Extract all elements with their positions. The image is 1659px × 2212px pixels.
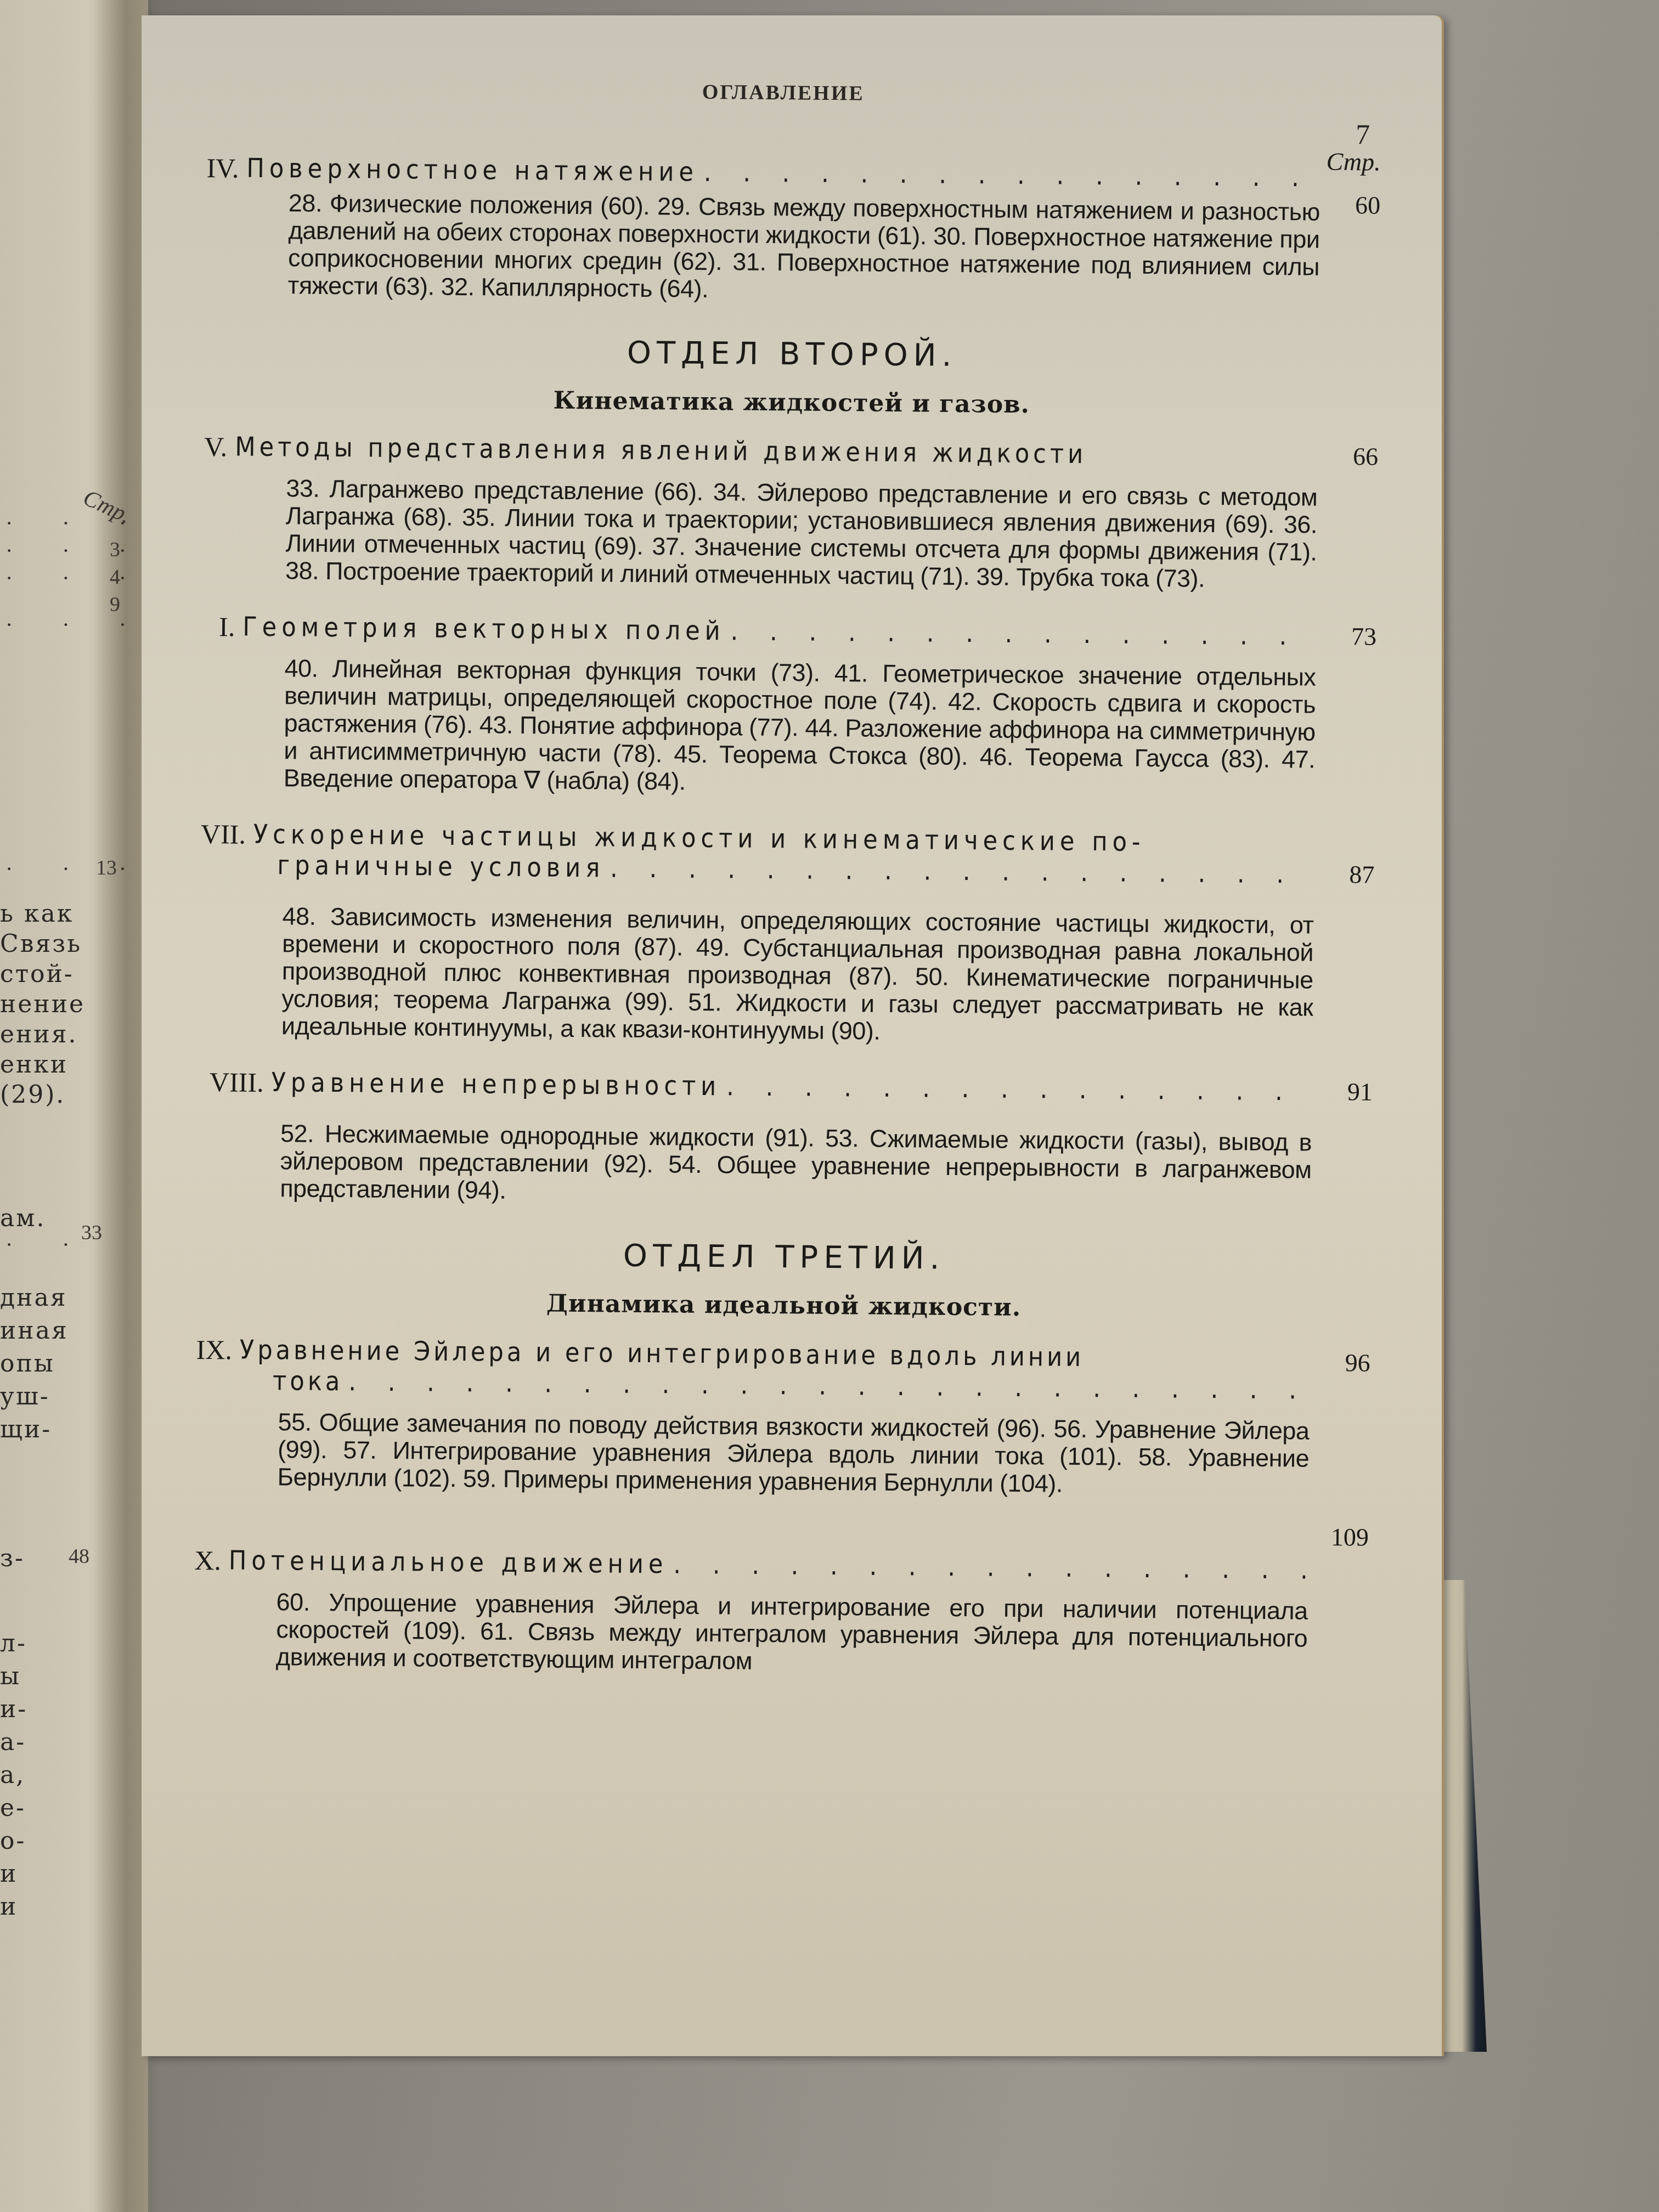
- chapter-entry: V. Методы представления явлений движения…: [203, 431, 1378, 594]
- chapter-page: 73: [1327, 621, 1376, 652]
- chapter-entry: X. Потенциальное движение . . . . . . . …: [194, 1512, 1369, 1680]
- left-page-text-line: нение: [0, 990, 85, 1018]
- left-page-text-line: дная: [0, 1284, 67, 1312]
- part-heading: ОТДЕЛ ТРЕТИЙ. Динамика идеальной жидкост…: [196, 1234, 1371, 1325]
- chapter-page: 96: [1321, 1347, 1370, 1379]
- dot-leader: . . . . . . . . . . . . . . . . . . . . …: [673, 1549, 1308, 1585]
- left-page-text-line: ь как: [0, 900, 74, 928]
- chapter-entry: I. Геометрия векторных полей . . . . . .…: [201, 611, 1377, 802]
- chapter-number: X.: [194, 1545, 221, 1576]
- chapter-title: Уравнение непрерывности: [271, 1067, 721, 1102]
- chapter-title: Геометрия векторных полей: [242, 612, 725, 647]
- part-subtitle: Кинематика жидкостей и газов.: [205, 383, 1379, 422]
- left-page-text-line: а,: [0, 1761, 25, 1789]
- dot-leader: . . . . . . . . . . . . . . . . . . . . …: [610, 853, 1314, 889]
- left-page-number: 48: [69, 1544, 89, 1568]
- left-page-text-line: и: [0, 1893, 18, 1921]
- left-page-text-line: ы: [0, 1662, 21, 1690]
- chapter-heading: V. Методы представления явлений движения…: [204, 431, 1378, 472]
- chapter-number: VIII.: [210, 1066, 264, 1098]
- left-page-text-line: (29).: [0, 1081, 65, 1109]
- page-column-label: Стр.: [1326, 147, 1381, 177]
- left-page-text-line: а-: [0, 1728, 26, 1756]
- chapter-number: V.: [204, 431, 228, 462]
- chapter-heading: IX. Уравнение Эйлера и его интегрировани…: [196, 1334, 1370, 1406]
- dot-leader: . . . . . . . . . . . . . . . . . . . . …: [731, 616, 1317, 651]
- chapter-entry: VII. Ускорение частицы жидкости и кинема…: [199, 819, 1375, 1049]
- chapter-title: Методы представления явлений движения жи…: [235, 431, 1087, 470]
- left-page-text-line: опы: [0, 1350, 55, 1378]
- chapter-page: 60: [1331, 190, 1380, 221]
- part-title: ОТДЕЛ ВТОРОЙ.: [205, 331, 1379, 377]
- chapter-page: 87: [1325, 859, 1374, 890]
- chapter-number: IV.: [206, 153, 239, 184]
- chapter-number: IX.: [196, 1334, 232, 1365]
- left-page-text-line: и-: [0, 1695, 27, 1723]
- part-heading: ОТДЕЛ ВТОРОЙ. Кинематика жидкостей и газ…: [205, 331, 1379, 422]
- book-cover-edge: [1437, 1580, 1487, 2052]
- left-page-leader: · ·: [5, 1232, 92, 1257]
- left-page-text-line: з-: [0, 1544, 25, 1572]
- dot-leader: . . . . . . . . . . . . . . . . . . . . …: [726, 1071, 1312, 1107]
- left-page-text-line: уш-: [0, 1383, 50, 1410]
- chapter-sections: 33. Лагранжево представление (66). 34. Э…: [285, 475, 1318, 593]
- chapter-title-continued: тока: [273, 1365, 343, 1397]
- left-page-text-line: ения.: [0, 1020, 77, 1048]
- chapter-entry: IX. Уравнение Эйлера и его интегрировани…: [195, 1334, 1370, 1500]
- left-page-text-line: ам.: [0, 1204, 46, 1232]
- table-of-contents: ОГЛАВЛЕНИЕ 7 Стр. IV. Поверхностное натя…: [194, 76, 1381, 1680]
- running-head: ОГЛАВЛЕНИЕ: [185, 76, 1381, 119]
- chapter-title: Поверхностное натяжение: [246, 153, 698, 188]
- chapter-sections: 55. Общие замечания по поводу действия в…: [277, 1408, 1309, 1499]
- page-number: 7: [1356, 119, 1370, 151]
- right-page: ОГЛАВЛЕНИЕ 7 Стр. IV. Поверхностное натя…: [142, 15, 1442, 2056]
- chapter-sections: 48. Зависимость изменения величин, опред…: [281, 902, 1314, 1048]
- chapter-sections: 52. Несжимаемые однородные жидкости (91)…: [280, 1120, 1312, 1211]
- left-page-text-line: стой-: [0, 960, 74, 988]
- left-page-text-line: иная: [0, 1317, 69, 1345]
- left-page-text-line: о-: [0, 1827, 26, 1855]
- chapter-sections: 28. Физические положения (60). 29. Связь…: [287, 189, 1320, 308]
- dot-leader: . . . . . . . . . . . . . . . . . . . . …: [704, 157, 1321, 193]
- left-page-text-line: е-: [0, 1794, 26, 1822]
- chapter-number: I.: [219, 611, 235, 642]
- part-subtitle: Динамика идеальной жидкости.: [196, 1286, 1370, 1325]
- chapter-title-continued: граничные условия: [277, 850, 605, 883]
- part-title: ОТДЕЛ ТРЕТИЙ.: [197, 1234, 1371, 1280]
- chapter-sections: 40. Линейная векторная функция точки (73…: [284, 654, 1316, 800]
- chapter-entry: Стр. IV. Поверхностное натяжение . . . .…: [205, 142, 1380, 309]
- chapter-page: 109: [1319, 1522, 1369, 1553]
- left-page-text-line: Связь: [0, 930, 82, 958]
- chapter-heading: X. Потенциальное движение . . . . . . . …: [194, 1512, 1369, 1586]
- left-page-text-line: л-: [0, 1629, 27, 1657]
- left-page-text-line: щи-: [0, 1415, 52, 1443]
- chapter-heading: VII. Ускорение частицы жидкости и кинема…: [200, 819, 1375, 890]
- chapter-page: 66: [1329, 441, 1378, 472]
- chapter-number: VII.: [201, 819, 246, 850]
- chapter-title: Потенциальное движение: [229, 1545, 668, 1579]
- chapter-heading: I. Геометрия векторных полей . . . . . .…: [202, 611, 1376, 652]
- chapter-entry: VIII. Уравнение непрерывности . . . . . …: [198, 1066, 1373, 1212]
- chapter-heading: IV. Поверхностное натяжение . . . . . . …: [206, 142, 1381, 194]
- chapter-page: 91: [1323, 1076, 1373, 1108]
- left-page-text-line: енки: [0, 1051, 68, 1079]
- chapter-sections: 60. Упрощение уравнения Эйлера и интегри…: [276, 1588, 1308, 1679]
- dot-leader: [1092, 470, 1318, 472]
- chapter-heading: VIII. Уравнение непрерывности . . . . . …: [199, 1066, 1373, 1108]
- left-page-text-line: и: [0, 1860, 18, 1888]
